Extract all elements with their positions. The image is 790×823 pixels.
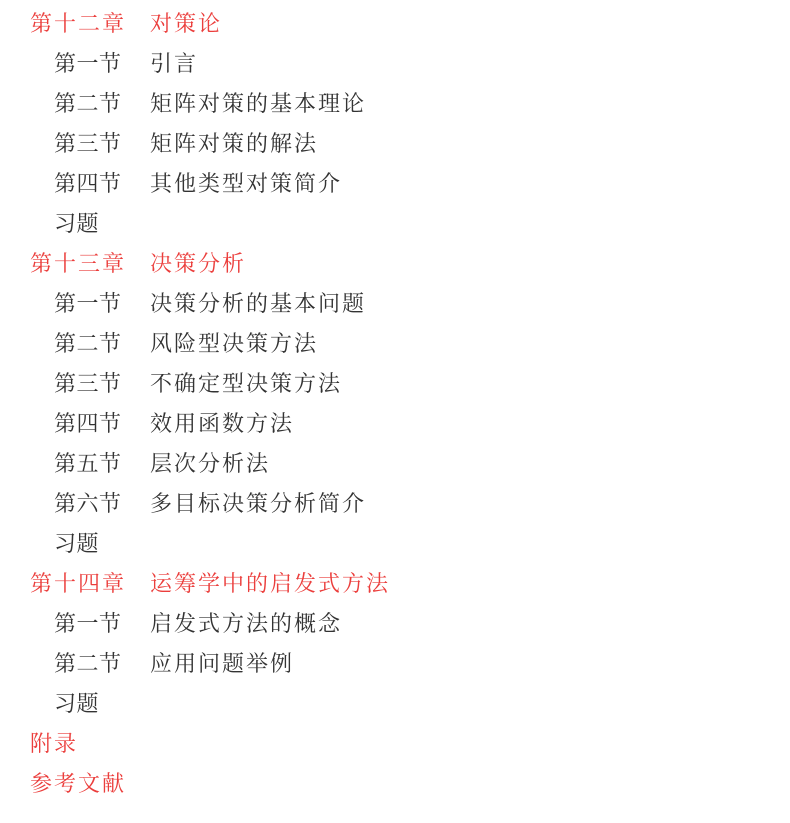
toc-backmatter-row: 参考文献 bbox=[0, 762, 790, 802]
chapter-title: 对策论 bbox=[150, 7, 222, 38]
section-title: 矩阵对策的基本理论 bbox=[150, 87, 366, 118]
section-title: 其他类型对策简介 bbox=[150, 167, 342, 198]
section-number-label: 第一节 bbox=[54, 47, 150, 78]
chapter-number-label: 第十二章 bbox=[30, 7, 150, 38]
toc-section-row: 第四节 其他类型对策简介 bbox=[0, 162, 790, 202]
section-number-label: 第二节 bbox=[54, 87, 150, 118]
section-number-label: 第三节 bbox=[54, 127, 150, 158]
section-number-label: 第五节 bbox=[54, 447, 150, 478]
toc-section-row: 第三节 矩阵对策的解法 bbox=[0, 122, 790, 162]
section-number-label: 第一节 bbox=[54, 607, 150, 638]
section-number-label: 第二节 bbox=[54, 647, 150, 678]
section-number-label: 第一节 bbox=[54, 287, 150, 318]
section-number-label: 第四节 bbox=[54, 167, 150, 198]
toc-section-row: 第三节 不确定型决策方法 bbox=[0, 362, 790, 402]
section-title: 不确定型决策方法 bbox=[150, 367, 342, 398]
section-title: 层次分析法 bbox=[150, 447, 270, 478]
exercises-label: 习题 bbox=[54, 207, 99, 238]
toc-section-row: 第一节 决策分析的基本问题 bbox=[0, 282, 790, 322]
section-title: 引言 bbox=[150, 47, 198, 78]
section-number-label: 第六节 bbox=[54, 487, 150, 518]
toc-exercises-row: 习题 bbox=[0, 682, 790, 722]
chapter-title: 决策分析 bbox=[150, 247, 246, 278]
chapter-title: 运筹学中的启发式方法 bbox=[150, 567, 390, 598]
toc-section-row: 第二节 矩阵对策的基本理论 bbox=[0, 82, 790, 122]
backmatter-title: 参考文献 bbox=[30, 767, 126, 798]
toc-exercises-row: 习题 bbox=[0, 202, 790, 242]
chapter-number-label: 第十四章 bbox=[30, 567, 150, 598]
exercises-label: 习题 bbox=[54, 527, 99, 558]
section-title: 多目标决策分析简介 bbox=[150, 487, 366, 518]
toc-section-row: 第六节 多目标决策分析简介 bbox=[0, 482, 790, 522]
section-title: 风险型决策方法 bbox=[150, 327, 318, 358]
toc-section-row: 第五节 层次分析法 bbox=[0, 442, 790, 482]
section-title: 矩阵对策的解法 bbox=[150, 127, 318, 158]
toc-chapter-row: 第十二章 对策论 bbox=[0, 2, 790, 42]
section-title: 效用函数方法 bbox=[150, 407, 294, 438]
toc-section-row: 第二节 应用问题举例 bbox=[0, 642, 790, 682]
section-number-label: 第四节 bbox=[54, 407, 150, 438]
toc-exercises-row: 习题 bbox=[0, 522, 790, 562]
toc-section-row: 第一节 启发式方法的概念 bbox=[0, 602, 790, 642]
section-number-label: 第二节 bbox=[54, 327, 150, 358]
section-number-label: 第三节 bbox=[54, 367, 150, 398]
section-title: 决策分析的基本问题 bbox=[150, 287, 366, 318]
toc-section-row: 第一节 引言 bbox=[0, 42, 790, 82]
toc-chapter-row: 第十三章 决策分析 bbox=[0, 242, 790, 282]
section-title: 启发式方法的概念 bbox=[150, 607, 342, 638]
chapter-number-label: 第十三章 bbox=[30, 247, 150, 278]
toc-section-row: 第二节 风险型决策方法 bbox=[0, 322, 790, 362]
toc-chapter-row: 第十四章 运筹学中的启发式方法 bbox=[0, 562, 790, 602]
section-title: 应用问题举例 bbox=[150, 647, 294, 678]
table-of-contents: 第十二章 对策论 第一节 引言 第二节 矩阵对策的基本理论 第三节 矩阵对策的解… bbox=[0, 0, 790, 802]
backmatter-title: 附录 bbox=[30, 727, 78, 758]
exercises-label: 习题 bbox=[54, 687, 99, 718]
toc-section-row: 第四节 效用函数方法 bbox=[0, 402, 790, 442]
toc-backmatter-row: 附录 bbox=[0, 722, 790, 762]
